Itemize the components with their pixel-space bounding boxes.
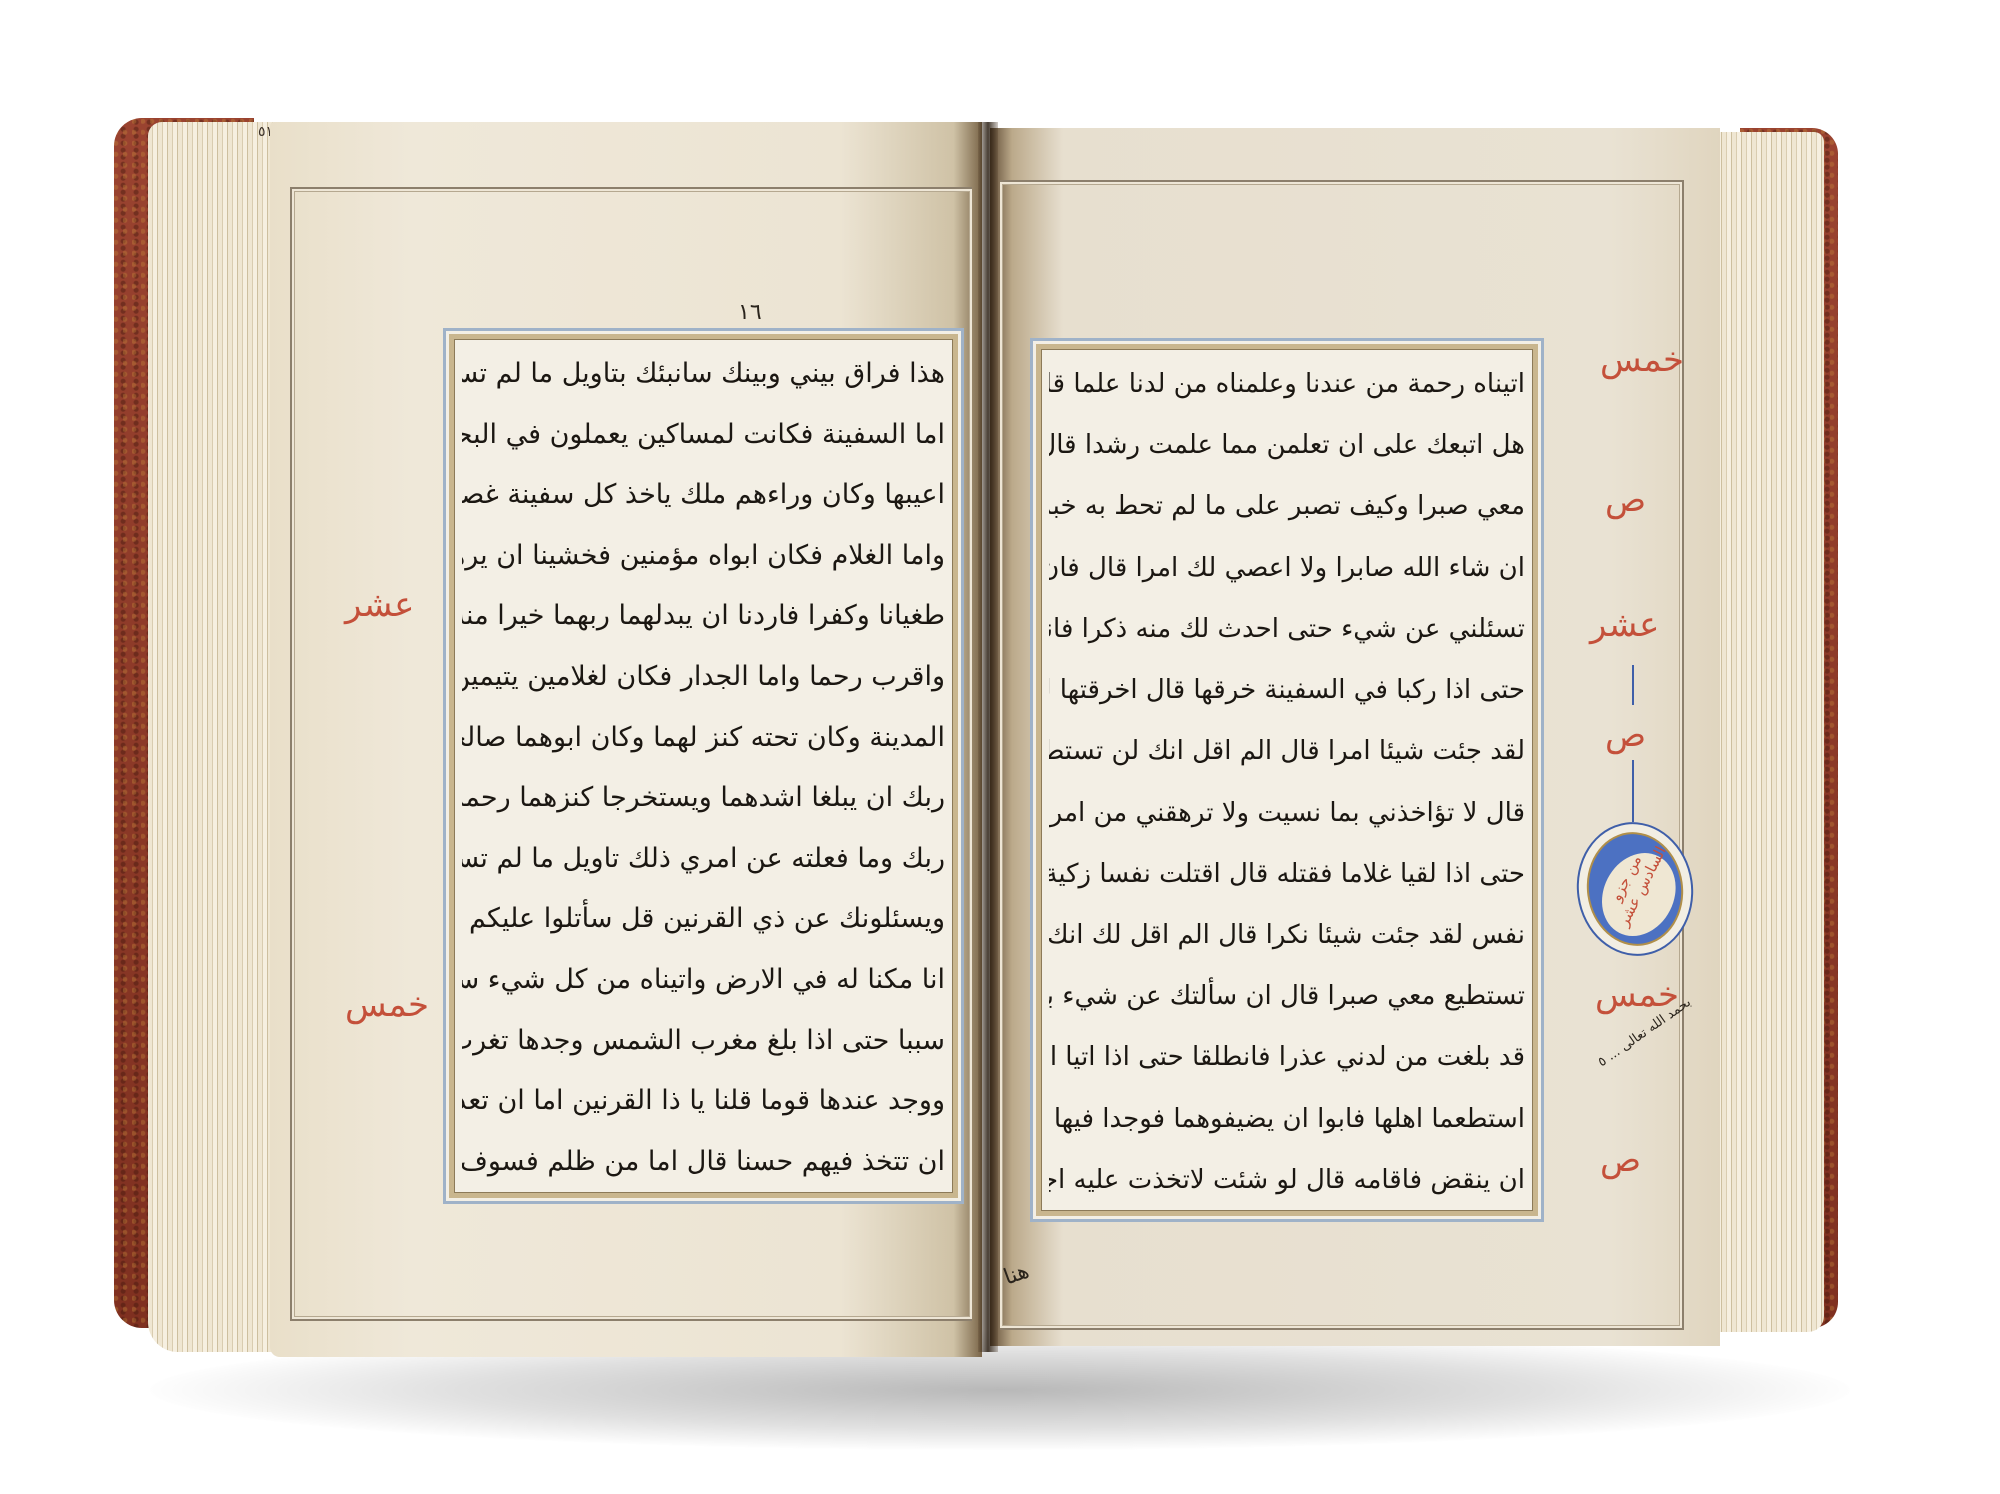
margin-note-sad: ص <box>1600 1140 1641 1180</box>
text-line: هذا فراق بيني وبينك سانبئك بتاويل ما لم … <box>462 345 945 403</box>
left-text-panel: هذا فراق بيني وبينك سانبئك بتاويل ما لم … <box>443 328 964 1204</box>
medallion-stem-upper <box>1632 665 1634 705</box>
text-line: لقد جئت شيئا امرا قال الم اقل انك لن تست… <box>1049 722 1525 780</box>
text-line: طغيانا وكفرا فاردنا ان يبدلهما ربهما خير… <box>462 587 945 645</box>
text-line: ربك ان يبلغا اشدهما ويستخرجا كنزهما رحمة… <box>462 769 945 827</box>
gutter <box>978 122 998 1352</box>
text-line: نفس لقد جئت شيئا نكرا قال الم اقل لك انك… <box>1049 906 1525 964</box>
right-text-panel: اتيناه رحمة من عندنا وعلمناه من لدنا علم… <box>1030 338 1544 1222</box>
medallion-stem-lower <box>1632 760 1634 822</box>
margin-note-sad: ص <box>1605 715 1646 755</box>
text-line: اما السفينة فكانت لمساكين يعملون في البح… <box>462 406 945 464</box>
text-line: قال لا تؤاخذني بما نسيت ولا ترهقني من ام… <box>1049 784 1525 842</box>
margin-note-khams: خمس <box>345 985 429 1025</box>
text-line: استطعما اهلها فابوا ان يضيفوهما فوجدا في… <box>1049 1090 1525 1148</box>
text-line: ان ينقض فاقامه قال لو شئت لاتخذت عليه اج… <box>1049 1151 1525 1209</box>
text-line: تستطيع معي صبرا قال ان سألتك عن شيء بعده… <box>1049 967 1525 1025</box>
text-line: اعيبها وكان وراءهم ملك ياخذ كل سفينة غصب… <box>462 466 945 524</box>
text-line: قد بلغت من لدني عذرا فانطلقا حتى اذا اتي… <box>1049 1028 1525 1086</box>
margin-note-sad: ص <box>1605 480 1646 520</box>
margin-note-khams: خمس <box>1600 340 1684 380</box>
text-line: واقرب رحما واما الجدار فكان لغلامين يتيم… <box>462 648 945 706</box>
text-line: ويسئلونك عن ذي القرنين قل سأتلوا عليكم م… <box>462 890 945 948</box>
margin-note-ashr: عشر <box>1590 605 1659 645</box>
text-line: واما الغلام فكان ابواه مؤمنين فخشينا ان … <box>462 527 945 585</box>
text-line: المدينة وكان تحته كنز لهما وكان ابوهما ص… <box>462 709 945 767</box>
text-line: انا مكنا له في الارض واتيناه من كل شيء س… <box>462 951 945 1009</box>
text-line: حتى اذا لقيا غلاما فقتله قال اقتلت نفسا … <box>1049 845 1525 903</box>
left-text-lines: هذا فراق بيني وبينك سانبئك بتاويل ما لم … <box>462 345 945 1191</box>
text-line: تسئلني عن شيء حتى احدث لك منه ذكرا فانطل… <box>1049 600 1525 658</box>
text-line: معي صبرا وكيف تصبر على ما لم تحط به خبرا… <box>1049 477 1525 535</box>
page-stack-right <box>1712 132 1824 1332</box>
text-line: حتى اذا ركبا في السفينة خرقها قال اخرقته… <box>1049 661 1525 719</box>
text-line: سببا حتى اذا بلغ مغرب الشمس وجدها تغرب ف… <box>462 1012 945 1070</box>
margin-note-ashr: عشر <box>345 585 414 625</box>
text-line: هل اتبعك على ان تعلمن مما علمت رشدا قال … <box>1049 416 1525 474</box>
text-line: ان تتخذ فيهم حسنا قال اما من ظلم فسوف نع… <box>462 1133 945 1191</box>
page-stack-left <box>148 122 278 1352</box>
text-line: ووجد عندها قوما قلنا يا ذا القرنين اما ا… <box>462 1072 945 1130</box>
page-number: ١٦ <box>738 300 762 325</box>
text-line: اتيناه رحمة من عندنا وعلمناه من لدنا علم… <box>1049 355 1525 413</box>
text-line: ان شاء الله صابرا ولا اعصي لك امرا قال ف… <box>1049 539 1525 597</box>
text-line: ربك وما فعلته عن امري ذلك تاويل ما لم تس… <box>462 830 945 888</box>
right-text-lines: اتيناه رحمة من عندنا وعلمناه من لدنا علم… <box>1049 355 1525 1209</box>
